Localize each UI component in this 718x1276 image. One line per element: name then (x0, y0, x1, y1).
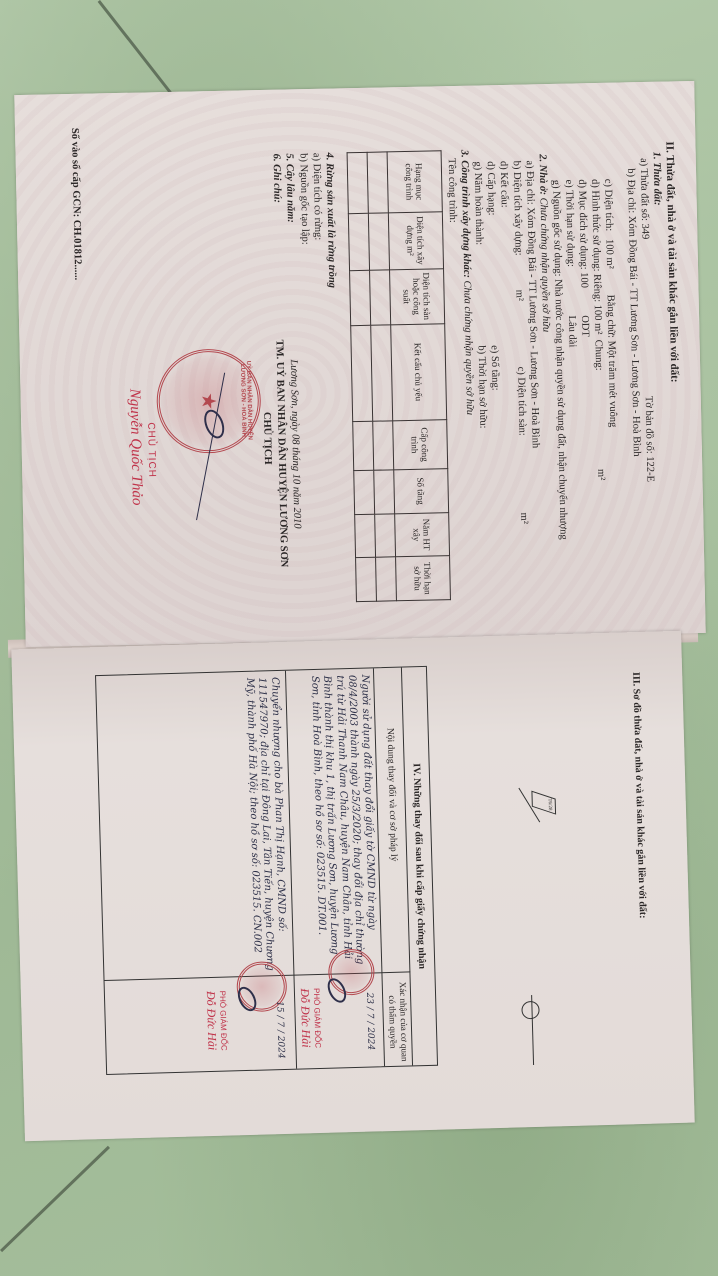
house-structure: d) Kết cấu: (497, 161, 511, 208)
use-term: Lâu dài (565, 315, 579, 347)
parcel-outline (531, 791, 556, 815)
perennial-heading: 5. Cây lâu năm: (283, 153, 297, 223)
works-name-label: Tên công trình: (445, 158, 459, 223)
forest-origin: b) Nguồn gốc tạo lập: (297, 153, 312, 245)
changes-header-content: Nội dung thay đổi và cơ sở pháp lý (383, 728, 400, 862)
parcel-number: a) Thửa đất số: 349 (637, 158, 652, 240)
house-floor-area: c) Diện tích sàn: (514, 367, 528, 436)
changes-header-confirmation: Xác nhận của cơ quan có thẩm quyền (386, 980, 410, 1065)
house-year: g) Năm hoàn thành: (471, 161, 486, 245)
other-works-table: Hạng mục công trình Diện tích xây dựng m… (347, 150, 451, 602)
certificate-page-right: III. Sơ đồ thửa đất, nhà ở và tài sản kh… (11, 631, 694, 1142)
north-arrow-icon (521, 995, 543, 1066)
use-form-shared-unit: m² (594, 469, 607, 481)
house-build-area-unit: m² (512, 290, 525, 302)
land-heading: 1. Thửa đất: (650, 152, 664, 206)
signer-name: Nguyễn Quốc Thảo (127, 389, 142, 506)
forest-area: a) Diện tích có rừng: (310, 153, 325, 241)
land-area-words: Bằng chữ: Một trăm mét vuông (604, 295, 620, 428)
forest-heading: 4. Rừng sản xuất là rừng trồng (323, 152, 339, 288)
house-floors: e) Số tầng: (488, 345, 502, 391)
section-ii-title: II. Thửa đất, nhà ở và tài sản khác gắn … (662, 141, 680, 382)
official-stamp-district: UỶ BAN NHÂN DÂN HUYỆN LƯƠNG SƠN - HOÀ BÌ… (156, 348, 262, 454)
signer-title: CHỦ TỊCH (144, 422, 158, 478)
table-header-row: Hạng mục công trình Diện tích xây dựng m… (387, 151, 450, 601)
use-purpose: đ) Mục đích sử dụng: 100 (575, 179, 590, 288)
land-area: c) Diện tích: 100 m² (601, 179, 616, 269)
house-floor-area-unit: m² (517, 512, 530, 524)
changes-section: IV. Những thay đổi sau khi cấp giấy chứn… (95, 666, 438, 1075)
register-number: Số vào sổ cấp GCN: CH.01812...... (68, 128, 84, 281)
certificate-page-left: II. Thửa đất, nhà ở và tài sản khác gắn … (14, 81, 705, 647)
house-ownership-term: b) Thời hạn sở hữu: (475, 345, 490, 428)
use-purpose-code: ODT (578, 315, 591, 337)
signing-place-date: Lương Sơn, ngày 08 tháng 10 năm 2010 (287, 359, 304, 528)
parcel-diagram: T6/28 (525, 784, 556, 825)
signing-title: CHỦ TỊCH (260, 412, 274, 465)
section-iii-title: III. Sơ đồ thửa đất, nhà ở và tài sản kh… (629, 672, 649, 919)
house-grade: d) Cấp hạng: (484, 161, 498, 216)
certificate-spread: II. Thửa đất, nhà ở và tài sản khác gắn … (0, 0, 718, 1276)
map-sheet-number: Tờ bản đồ số: 122-E (642, 396, 657, 482)
house-build-area: b) Diện tích xây dựng: (510, 161, 525, 256)
notes-heading: 6. Ghi chú: (270, 154, 284, 204)
use-term-label: e) Thời hạn sử dụng: (562, 179, 577, 267)
